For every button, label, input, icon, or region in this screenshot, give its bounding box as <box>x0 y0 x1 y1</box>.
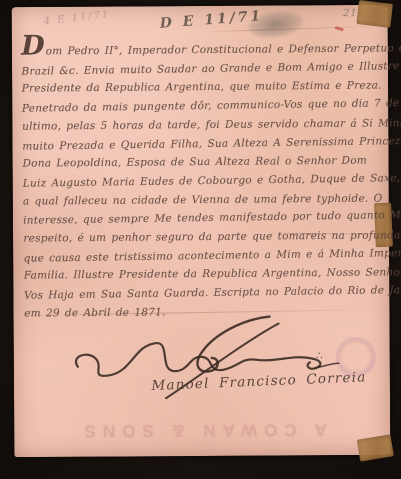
letter-body: Dom Pedro II°, Imperador Constitucional … <box>21 38 386 324</box>
letter-paper: 4 E 11/71 D E 11/71 21 Dom Pedro II°, Im… <box>12 5 391 457</box>
scanned-letter-page: { "page": { "background_color": "#17110d… <box>0 0 401 479</box>
tape-repair-bottom-right <box>357 434 394 461</box>
paper-watermark: A COWAN & SONS <box>52 419 352 441</box>
page-number: 21 <box>343 8 358 19</box>
signature-end-mark: ∴ <box>316 349 323 362</box>
tape-repair-top-right <box>356 0 393 28</box>
pencil-annotation-top-left: 4 E 11/71 <box>43 9 111 27</box>
